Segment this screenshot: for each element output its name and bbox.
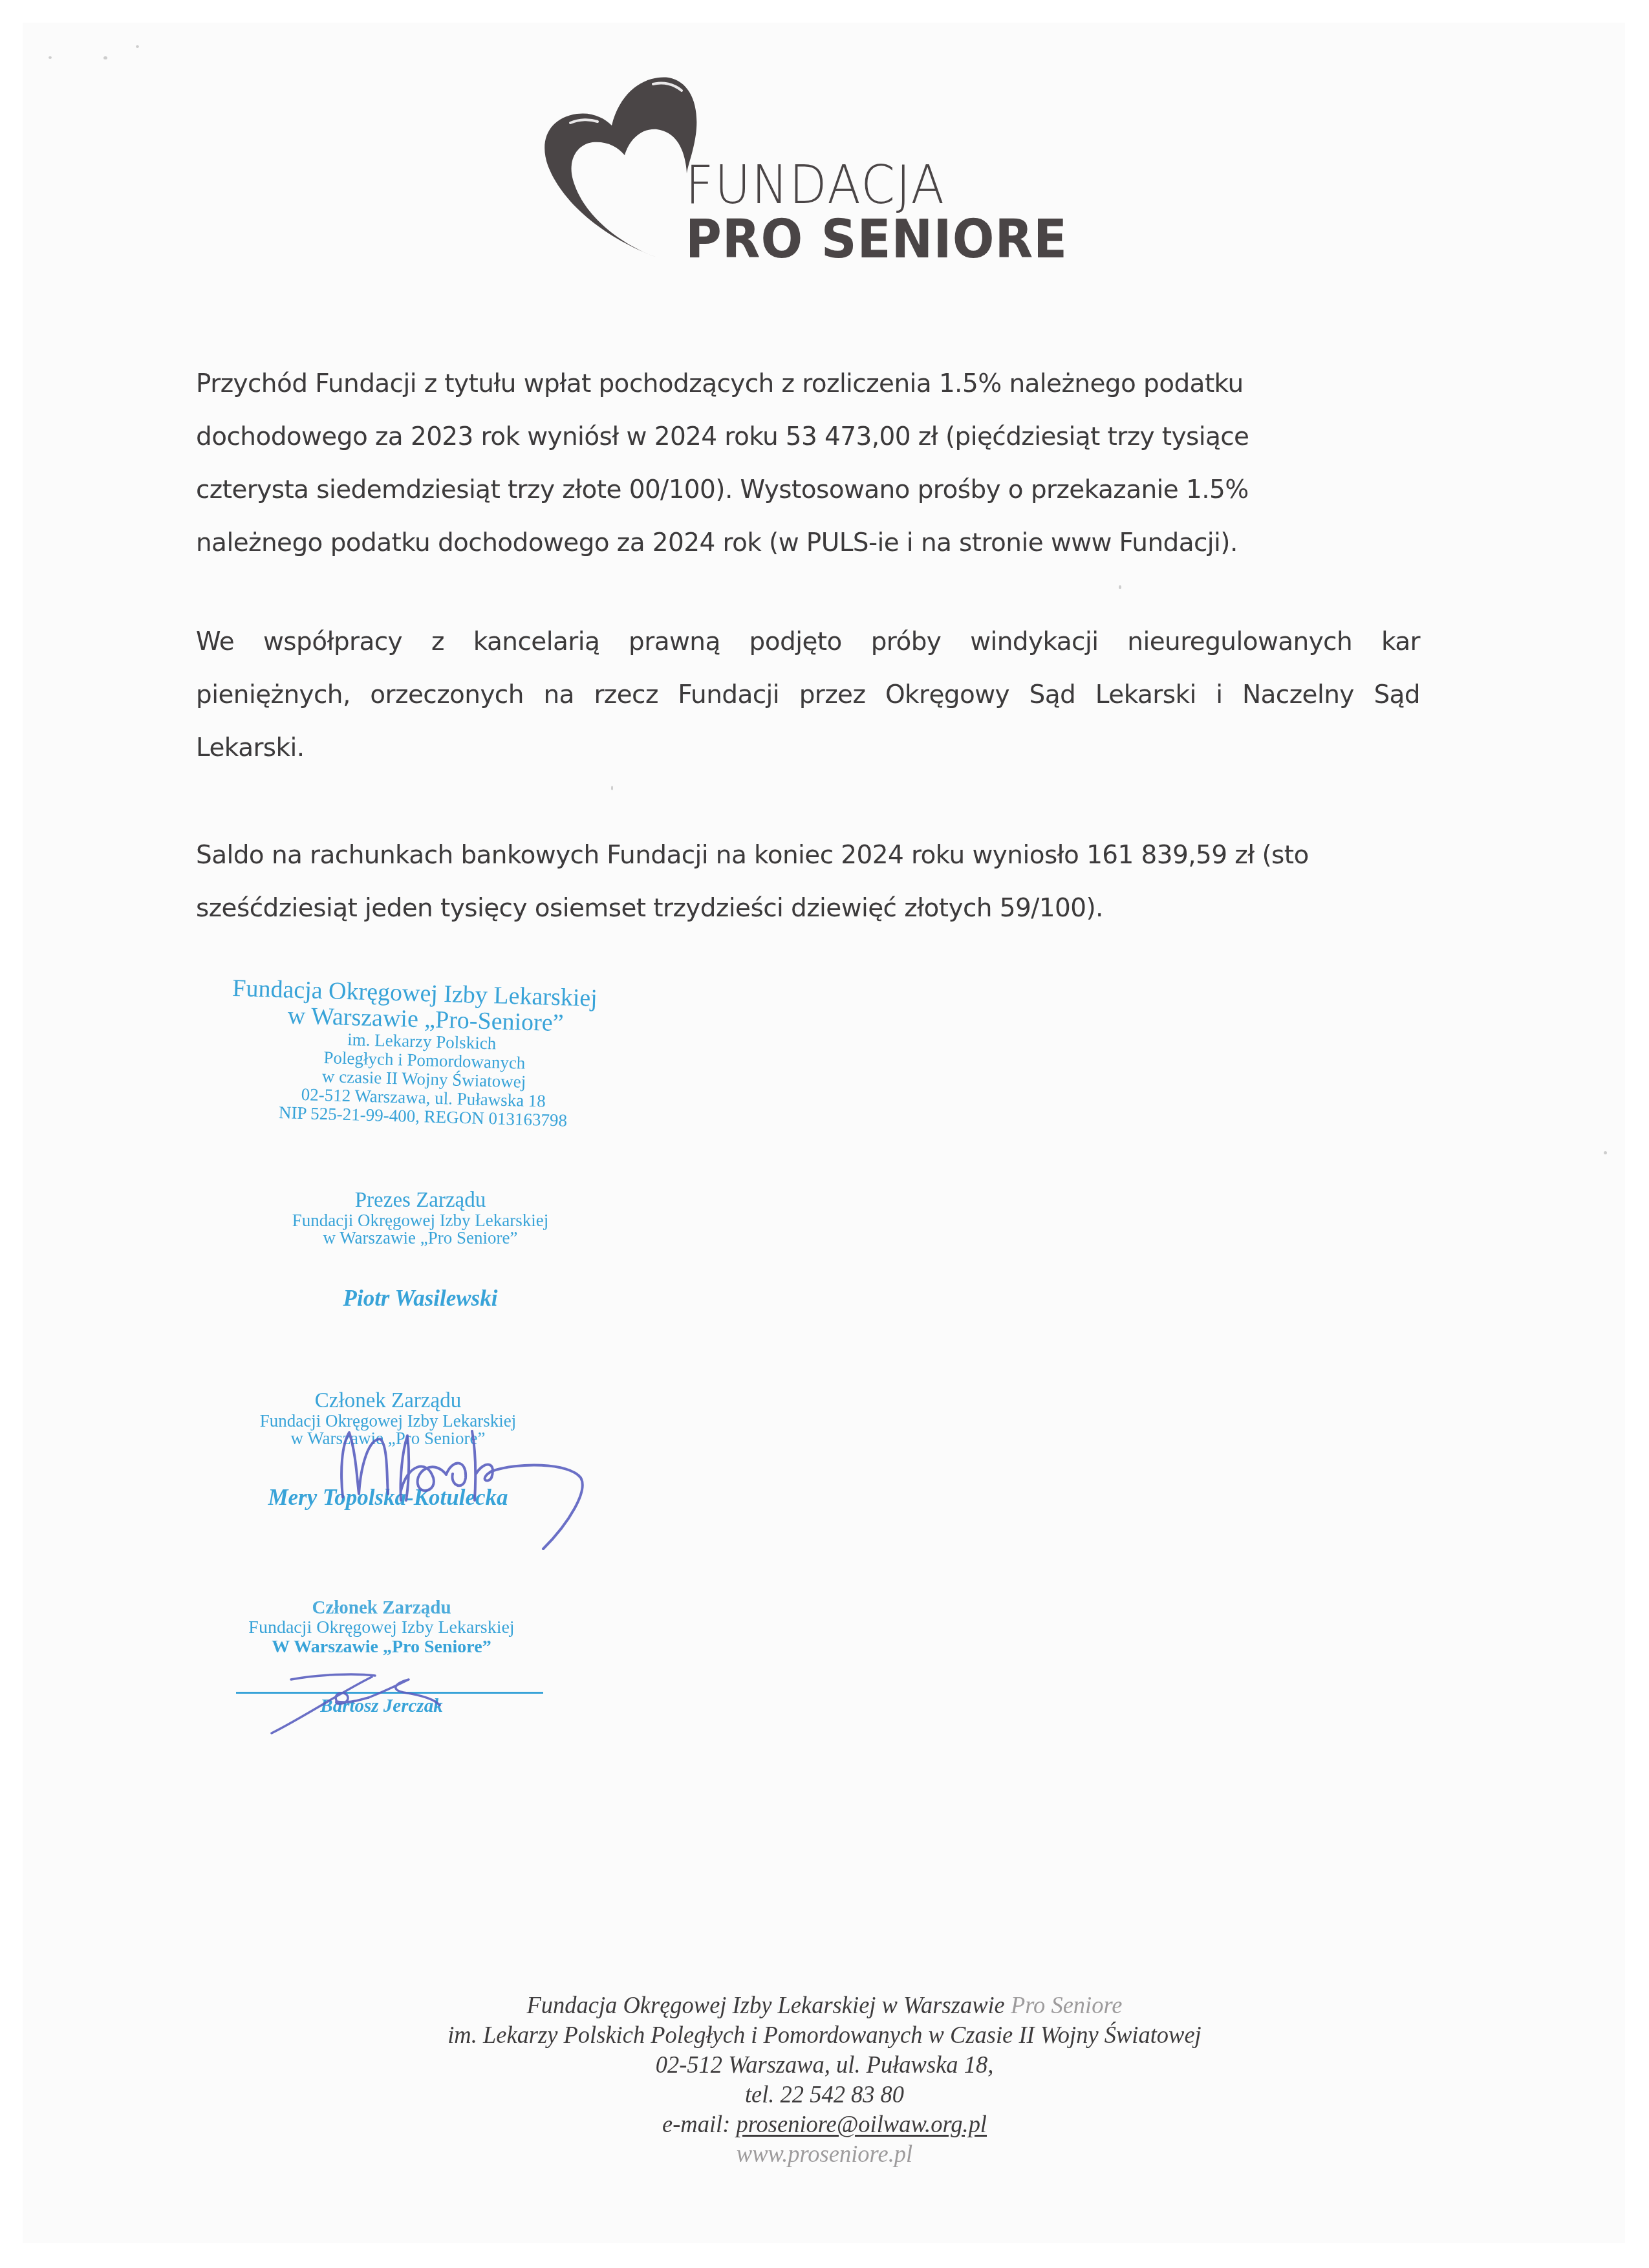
paragraph-income: Przychód Fundacji z tytułu wpłat pochodz… <box>196 358 1347 570</box>
stamp-name: Piotr Wasilewski <box>233 1287 608 1310</box>
stamp-org-line: Fundacji Okręgowej Izby Lekarskiej <box>213 1618 550 1637</box>
stamp-org-line: w Warszawie „Pro Seniore” <box>213 1430 563 1447</box>
text-line: czterysta siedemdziesiąt trzy złote 00/1… <box>196 464 1347 517</box>
text-line: sześćdziesiąt jeden tysięcy osiemset trz… <box>196 882 1425 935</box>
scan-speck <box>103 56 107 59</box>
scan-speck <box>136 45 139 48</box>
scanned-page <box>23 23 1625 2243</box>
foundation-logo: FUNDACJA PRO SENIORE <box>530 70 1112 264</box>
logo-text-fundacja: FUNDACJA <box>685 159 945 212</box>
footer-email-link[interactable]: proseniore@oilwaw.org.pl <box>736 2111 987 2138</box>
board-member-stamp: Członek Zarządu Fundacji Okręgowej Izby … <box>213 1389 563 1509</box>
signature-rule <box>236 1692 543 1694</box>
text-line: Saldo na rachunkach bankowych Fundacji n… <box>196 829 1425 882</box>
stamp-title: Członek Zarządu <box>213 1597 550 1618</box>
paragraph-bank-balance: Saldo na rachunkach bankowych Fundacji n… <box>196 829 1425 935</box>
stamp-title: Członek Zarządu <box>213 1389 563 1412</box>
scan-speck <box>1119 585 1121 589</box>
stamp-org-line: w Warszawie „Pro Seniore” <box>233 1229 608 1247</box>
stamp-org-line: Fundacji Okręgowej Izby Lekarskiej <box>233 1212 608 1229</box>
president-stamp: Prezes Zarządu Fundacji Okręgowej Izby L… <box>233 1189 608 1310</box>
footer-address: 02-512 Warszawa, ul. Puławska 18, <box>33 2050 1616 2080</box>
footer-org-name-main: Fundacja Okręgowej Izby Lekarskiej w War… <box>526 1992 1010 2019</box>
text-line: pieniężnych, orzeczonych na rzecz Fundac… <box>196 669 1420 722</box>
stamp-name: Bartosz Jerczak <box>213 1696 550 1716</box>
letterhead-footer: Fundacja Okręgowej Izby Lekarskiej w War… <box>0 1991 1649 2169</box>
stamp-org-line: W Warszawie „Pro Seniore” <box>213 1637 550 1657</box>
scan-speck <box>48 56 52 59</box>
footer-org-name-pro-seniore: Pro Seniore <box>1011 1992 1123 2019</box>
board-member-stamp: Członek Zarządu Fundacji Okręgowej Izby … <box>213 1597 550 1716</box>
text-line: należnego podatku dochodowego za 2024 ro… <box>196 517 1347 570</box>
footer-email-label: e-mail: <box>662 2111 736 2138</box>
scan-speck <box>611 786 613 790</box>
footer-org-name: Fundacja Okręgowej Izby Lekarskiej w War… <box>33 1991 1616 2020</box>
organization-stamp: Fundacja Okręgowej Izby Lekarskiej w War… <box>229 975 647 1132</box>
footer-email-line: e-mail: proseniore@oilwaw.org.pl <box>33 2110 1616 2139</box>
paragraph-debt-collection: We współpracy z kancelarią prawną podjęt… <box>196 616 1420 775</box>
text-line: Przychód Fundacji z tytułu wpłat pochodz… <box>196 358 1347 411</box>
footer-org-patron: im. Lekarzy Polskich Poległych i Pomordo… <box>33 2020 1616 2050</box>
text-line: We współpracy z kancelarią prawną podjęt… <box>196 616 1420 669</box>
logo-text-pro-seniore: PRO SENIORE <box>685 213 1068 266</box>
footer-phone: tel. 22 542 83 80 <box>33 2080 1616 2110</box>
heart-icon <box>530 70 698 264</box>
text-line: Lekarski. <box>196 722 1420 775</box>
text-line: dochodowego za 2023 rok wyniósł w 2024 r… <box>196 411 1347 464</box>
stamp-name: Mery Topolska-Kotulecka <box>213 1486 563 1509</box>
scan-speck <box>1604 1151 1607 1154</box>
stamp-org-line: Fundacji Okręgowej Izby Lekarskiej <box>213 1412 563 1430</box>
stamp-title: Prezes Zarządu <box>233 1189 608 1212</box>
footer-website-link[interactable]: www.proseniore.pl <box>33 2139 1616 2169</box>
